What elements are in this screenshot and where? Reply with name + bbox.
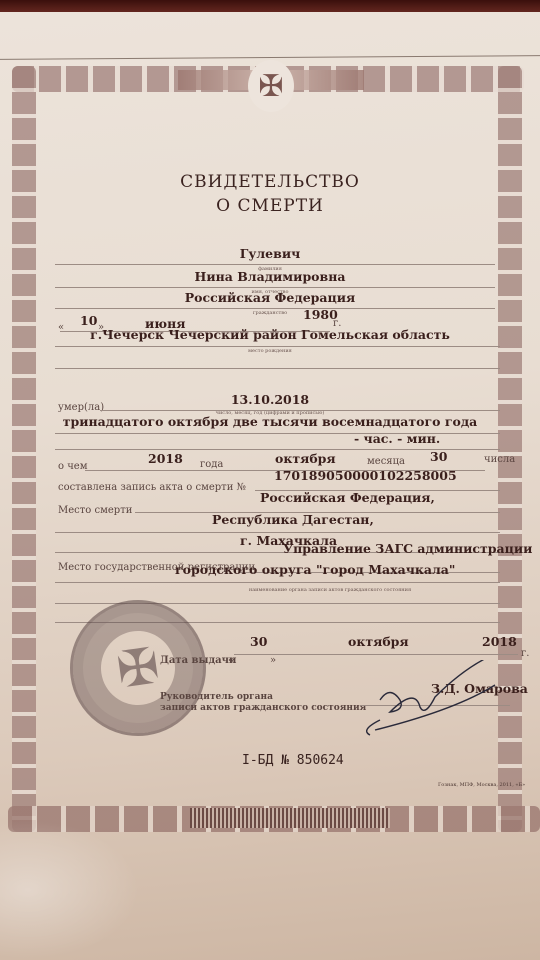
- issue-date-label: Дата выдачи: [160, 655, 236, 666]
- place-of-death-line2: Республика Дагестан,: [212, 512, 374, 527]
- death-date-digits: 13.10.2018: [0, 392, 540, 407]
- certificate-content: СВИДЕТЕЛЬСТВО О СМЕРТИ Гулевич фамилия Н…: [0, 0, 540, 960]
- registration-line2: городского округа "город Махачкала": [175, 562, 455, 577]
- registration-line1: Управление ЗАГС администрации: [283, 541, 532, 556]
- signatory-label-2: записи актов гражданского состояния: [160, 703, 366, 713]
- given-names-value: Нина Владимировна: [0, 269, 540, 284]
- rule: [234, 654, 518, 655]
- citizenship-value: Российская Федерация: [0, 290, 540, 305]
- record-year-label: года: [200, 459, 223, 470]
- signatory-label-1: Руководитель органа: [160, 692, 273, 702]
- birth-day-value: 10: [80, 313, 97, 328]
- issue-day-value: 30: [250, 634, 267, 649]
- record-about-label: о чем: [58, 461, 88, 472]
- place-of-death-line1: Российская Федерация,: [260, 490, 435, 505]
- serial-number: I-БД № 850624: [242, 753, 344, 768]
- document-title: СВИДЕТЕЛЬСТВО: [0, 172, 540, 192]
- rule: [55, 308, 495, 309]
- registration-caption: наименование органа записи актов граждан…: [190, 587, 470, 593]
- record-year-value: 2018: [148, 451, 183, 466]
- record-day-label: числа: [484, 454, 515, 465]
- death-date-words: тринадцатого октября две тысячи восемнад…: [0, 414, 540, 429]
- rule: [55, 368, 500, 369]
- official-seal: ✠: [61, 591, 215, 745]
- birth-place-caption: место рождения: [0, 348, 540, 354]
- surname-value: Гулевич: [0, 246, 540, 261]
- rule: [55, 264, 495, 265]
- record-month-label: месяца: [367, 456, 405, 467]
- rule: [55, 582, 500, 583]
- printer-note: Гознак, МПФ, Москва, 2011, «Б»: [438, 782, 525, 788]
- record-act-number: 170189050000102258005: [274, 468, 457, 483]
- rule: [55, 346, 500, 347]
- place-of-death-label: Место смерти: [58, 505, 132, 516]
- issue-year-suffix: г.: [521, 648, 529, 659]
- death-time: - час. - мин.: [354, 431, 440, 446]
- light-glare: [0, 820, 140, 960]
- record-act-label: составлена запись акта о смерти №: [58, 482, 246, 493]
- record-month-value: октября: [275, 451, 336, 466]
- document-subtitle: О СМЕРТИ: [0, 196, 540, 216]
- signature-scribble: [350, 660, 500, 740]
- record-day-value: 30: [430, 449, 447, 464]
- issue-year-value: 2018: [482, 634, 517, 649]
- rule: [55, 287, 495, 288]
- issue-month-value: октября: [348, 634, 409, 649]
- birth-place-value: г.Чечерск Чечерский район Гомельская обл…: [0, 327, 540, 342]
